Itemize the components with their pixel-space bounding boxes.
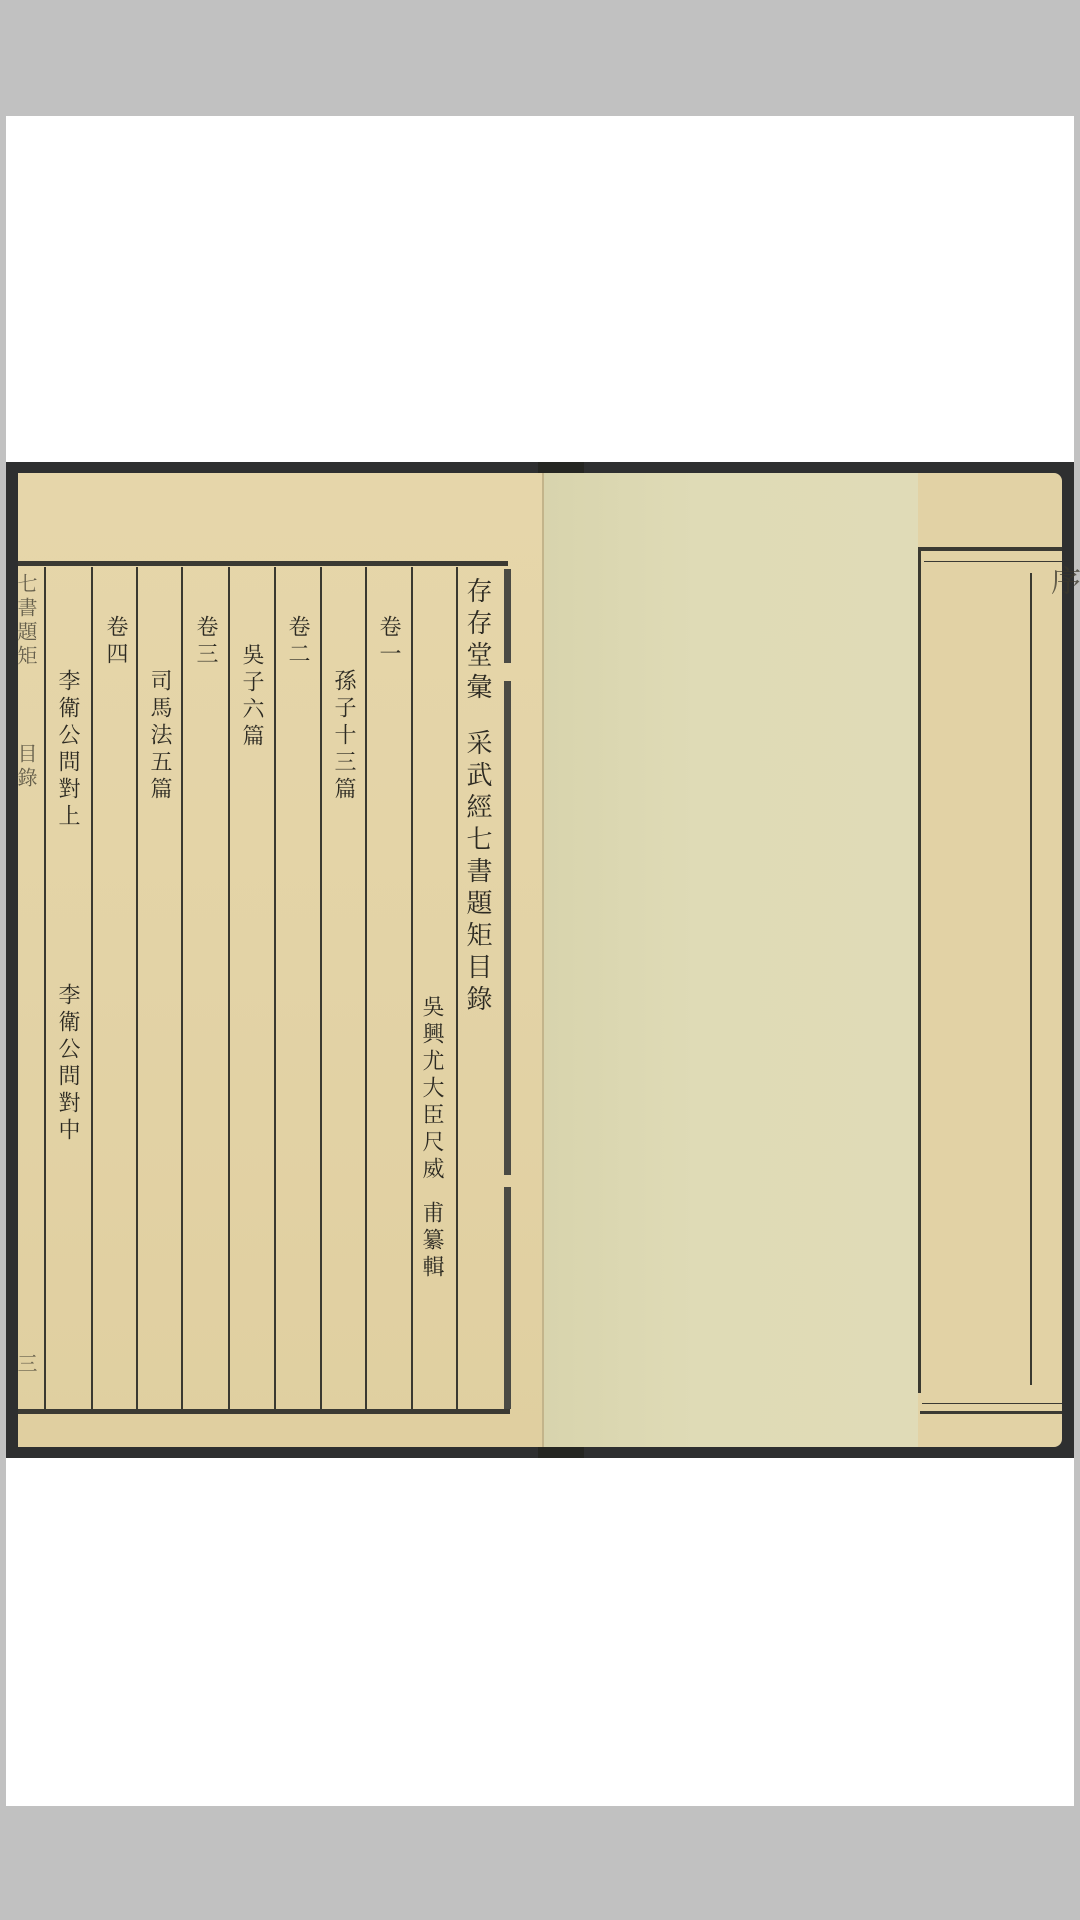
author-credit-part-1: 吳興尤大臣尺威 bbox=[416, 995, 446, 1184]
top-frame-rule bbox=[18, 561, 508, 566]
volume-title: 司馬法五篇 bbox=[144, 669, 174, 804]
bottom-frame-rule bbox=[18, 1409, 510, 1414]
author-credit-part-2: 甫纂輯 bbox=[416, 1201, 446, 1282]
right-page-edge-text: 序 bbox=[1040, 565, 1080, 599]
volume-title: 孫子十三篇 bbox=[328, 669, 358, 804]
column-divider bbox=[228, 567, 230, 1409]
margin-edge-text: 三 bbox=[12, 1353, 41, 1377]
volume-label: 卷四 bbox=[100, 615, 130, 669]
catalog-title-part-1: 存存堂彙 bbox=[462, 577, 492, 705]
catalog-title-part-2: 采武經七書題矩目錄 bbox=[462, 729, 492, 1017]
frame-pillar bbox=[504, 681, 511, 1175]
top-frame-rule bbox=[918, 547, 1062, 551]
bottom-inner-rule bbox=[922, 1403, 1062, 1404]
volume-title-continued: 李衛公問對中 bbox=[52, 983, 82, 1145]
book-scan: 存存堂彙 采武經七書題矩目錄 吳興尤大臣尺威 甫纂輯 卷一 孫子十三篇 卷二 吳… bbox=[6, 462, 1074, 1458]
bottom-frame-rule bbox=[920, 1411, 1062, 1414]
volume-label: 卷二 bbox=[282, 615, 312, 669]
column-divider bbox=[91, 567, 93, 1409]
frame-left-border bbox=[918, 551, 921, 1393]
volume-title: 吳子六篇 bbox=[236, 643, 266, 751]
frame-pillar-top bbox=[504, 569, 511, 663]
column-divider bbox=[274, 567, 276, 1409]
column-divider bbox=[44, 567, 46, 1409]
column-divider bbox=[136, 567, 138, 1409]
frame-pillar-bottom bbox=[504, 1187, 511, 1409]
column-divider bbox=[411, 567, 413, 1409]
left-page-contents: 存存堂彙 采武經七書題矩目錄 吳興尤大臣尺威 甫纂輯 卷一 孫子十三篇 卷二 吳… bbox=[18, 473, 546, 1447]
volume-label: 卷三 bbox=[190, 615, 220, 669]
column-divider bbox=[320, 567, 322, 1409]
column-divider bbox=[1030, 573, 1032, 1385]
right-page-edge: 序 bbox=[918, 473, 1062, 1447]
column-divider bbox=[456, 567, 458, 1409]
volume-label: 卷一 bbox=[373, 615, 403, 669]
column-divider bbox=[181, 567, 183, 1409]
volume-title: 李衛公問對上 bbox=[52, 669, 82, 831]
margin-edge-text: 目錄 bbox=[12, 743, 41, 791]
top-inner-rule bbox=[924, 561, 1062, 562]
margin-edge-text: 七書題矩 bbox=[12, 573, 41, 669]
column-divider bbox=[365, 567, 367, 1409]
blank-endpaper-leaf bbox=[542, 473, 926, 1447]
